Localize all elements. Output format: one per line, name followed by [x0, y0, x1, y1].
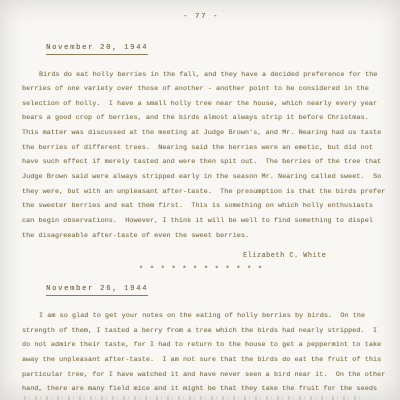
typed-line: do not admire their taste, for I had to …	[22, 338, 380, 353]
typed-line: Judge Brown said were always stripped ea…	[22, 170, 380, 185]
clipped-bottom-text-line	[24, 396, 364, 400]
typed-line: berries of one variety over those of ano…	[22, 82, 380, 97]
typed-line: selection of holly. I have a small holly…	[22, 97, 380, 112]
asterisk-separator: * * * * * * * * * * * *	[22, 266, 380, 274]
typed-line: This matter was discussed at the meeting…	[22, 126, 380, 141]
typed-line: the berries of different trees. Nearing …	[22, 141, 380, 156]
entry-heading-nov-20: November 20, 1944	[22, 36, 380, 63]
page-number: - 77 -	[22, 13, 380, 21]
typed-line: Birds do eat holly berries in the fall, …	[22, 68, 380, 83]
entry-nov-20-paragraph: Birds do eat holly berries in the fall, …	[22, 68, 380, 244]
typed-line: particular tree, for I have watched it a…	[22, 368, 380, 383]
entry-heading-nov-20-text: November 20, 1944	[46, 44, 148, 55]
typed-line: they were, but with an unpleasant after-…	[22, 185, 380, 200]
entry-heading-nov-26: November 26, 1944	[22, 277, 380, 304]
typed-line: can begin observations. However, I think…	[22, 214, 380, 229]
entry-heading-nov-26-text: November 26, 1944	[46, 285, 148, 296]
typed-line: bears a good crop of berries, and the bi…	[22, 111, 380, 126]
document-page: - 77 - November 20, 1944 Birds do eat ho…	[0, 0, 400, 400]
typed-line: away the unpleasant after-taste. I am no…	[22, 353, 380, 368]
typed-line: the sweeter berries and eat them first. …	[22, 199, 380, 214]
signature: Elizabeth C. White	[243, 252, 380, 260]
typed-line: have such effect if merely tasted and we…	[22, 155, 380, 170]
typed-line: the disagreeable after-taste of even the…	[22, 229, 380, 244]
typed-line: strength of them, I tasted a berry from …	[22, 324, 380, 339]
entry-nov-26-paragraph: I am so glad to get your notes on the ea…	[22, 309, 380, 397]
typed-line: I am so glad to get your notes on the ea…	[22, 309, 380, 324]
typed-line: hand, there are many field mice and it m…	[22, 382, 380, 397]
